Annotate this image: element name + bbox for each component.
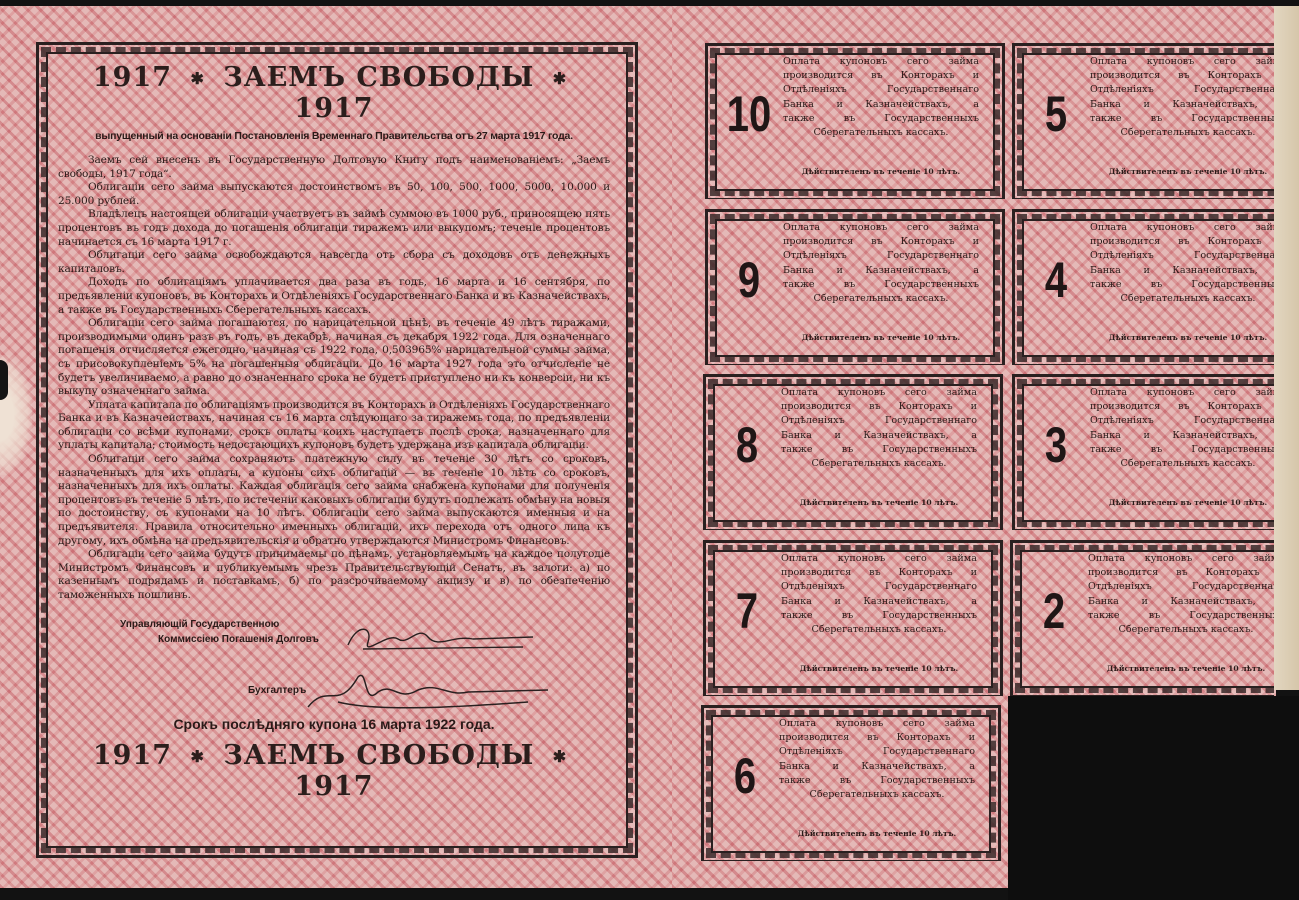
coupon-number: 2 [1030,582,1078,640]
coupon-payment-text: Оплата купоновъ сего займапроизводится в… [1090,55,1274,140]
coupon-text-line: производится въ Конторахъ и [783,235,979,249]
title-year: 1917 [294,93,373,124]
coupon-text-line: Банка и Казначействахъ, а [1090,98,1274,112]
paper-edge-strip [1274,6,1299,690]
coupon[interactable]: 5Оплата купоновъ сего займапроизводится … [1012,43,1274,199]
coupon-text-line: производится въ Конторахъ и [1090,235,1274,249]
coupon-text-line: Сберегательныхъ кассахъ. [1088,623,1274,637]
coupon-payment-text: Оплата купоновъ сего займапроизводится в… [1090,221,1274,306]
coupon[interactable]: 10Оплата купоновъ сего займапроизводится… [705,43,1005,199]
last-coupon-note: Срокъ послѣдняго купона 16 марта 1922 го… [58,716,610,732]
coupon-text-line: производится въ Конторахъ и [779,731,975,745]
paragraph: Облигаціи сего займа будутъ принимаемы п… [58,548,610,602]
coupon-text-line: Оплата купоновъ сего займа [783,221,979,235]
title-year: 1917 [93,740,172,771]
coupon-text-line: Банка и Казначействахъ, а [1090,264,1274,278]
coupon-text-line: также въ Государственныхъ [781,609,977,623]
coupon-number: 4 [1032,251,1080,309]
coupon-text-line: Оплата купоновъ сего займа [1090,221,1274,235]
coupon-payment-text: Оплата купоновъ сего займапроизводится в… [1090,386,1274,471]
coupon-text-line: производится въ Конторахъ и [1090,69,1274,83]
paragraph: Облигаціи сего займа выпускаются достоин… [58,181,610,208]
coupon-text-line: Банка и Казначействахъ, а [783,98,979,112]
coupon-text-line: Банка и Казначействахъ, а [779,760,975,774]
coupon-text-line: Сберегательныхъ кассахъ. [781,457,977,471]
coupon-payment-text: Оплата купоновъ сего займапроизводится в… [783,55,979,140]
paragraph: Владѣлецъ настоящей облигаціи участвуетъ… [58,208,610,249]
coupon-validity: Дѣйствителенъ въ теченіе 10 лѣтъ. [781,498,977,507]
coupon-payment-text: Оплата купоновъ сего займапроизводится в… [1088,552,1274,637]
coupon-text-line: Сберегательныхъ кассахъ. [783,126,979,140]
coupon-payment-text: Оплата купоновъ сего займапроизводится в… [783,221,979,306]
coupon-text-line: Отдѣленіяхъ Государственнаго [1090,83,1274,97]
paragraph: Облигаціи сего займа погашаются, по нари… [58,317,610,399]
coupon-text-line: производится въ Конторахъ и [781,566,977,580]
paragraph: Облигаціи сего займа освобождаются навсе… [58,249,610,276]
coupon-number: 7 [723,582,771,640]
coupon[interactable]: 8Оплата купоновъ сего займапроизводится … [703,374,1003,530]
title-text: ЗАЕМЪ СВОБОДЫ [223,740,534,771]
coupon-text-line: Сберегательныхъ кассахъ. [781,623,977,637]
coupon-number: 3 [1032,416,1080,474]
coupon-text-line: Оплата купоновъ сего займа [781,552,977,566]
coupon[interactable]: 3Оплата купоновъ сего займапроизводится … [1012,374,1274,530]
coupon-payment-text: Оплата купоновъ сего займапроизводится в… [781,386,977,471]
manager-signature-label: Управляющій Государственною Коммиссіею П… [120,617,319,647]
coupon-text-line: Оплата купоновъ сего займа [783,55,979,69]
coupon-payment-text: Оплата купоновъ сего займапроизводится в… [779,717,975,802]
coupon-validity: Дѣйствителенъ въ теченіе 10 лѣтъ. [1090,333,1274,342]
coupon-text-line: Оплата купоновъ сего займа [779,717,975,731]
bond-title-bottom: 1917 ✱ ЗАЕМЪ СВОБОДЫ ✱ 1917 [58,740,610,802]
coupon-text-line: Оплата купоновъ сего займа [781,386,977,400]
manager-signature-icon [343,617,543,657]
coupon[interactable]: 6Оплата купоновъ сего займапроизводится … [701,705,1001,861]
coupon-validity: Дѣйствителенъ въ теченіе 10 лѣтъ. [1088,664,1274,673]
coupon-text-line: Сберегательныхъ кассахъ. [783,292,979,306]
coupon-text-line: Банка и Казначействахъ, а [1090,429,1274,443]
coupon-text-line: Банка и Казначействахъ, а [781,429,977,443]
coupon-text-line: также въ Государственныхъ [1090,278,1274,292]
title-text: ЗАЕМЪ СВОБОДЫ [223,62,534,93]
coupon-text-line: Оплата купоновъ сего займа [1090,386,1274,400]
coupon-text-line: производится въ Конторахъ и [1088,566,1274,580]
coupon[interactable]: 7Оплата купоновъ сего займапроизводится … [703,540,1003,696]
coupon-number: 10 [725,85,773,143]
star-icon: ✱ [553,69,567,88]
coupon-validity: Дѣйствителенъ въ теченіе 10 лѣтъ. [783,333,979,342]
coupon[interactable]: 2Оплата купоновъ сего займапроизводится … [1010,540,1274,696]
coupon-text-line: Отдѣленіяхъ Государственнаго [783,83,979,97]
coupon-text-line: Банка и Казначействахъ, а [781,595,977,609]
coupon-text-line: Отдѣленіяхъ Государственнаго [781,414,977,428]
coupon-text-line: Банка и Казначействахъ, а [1088,595,1274,609]
coupon-text-line: Отдѣленіяхъ Государственнаго [783,249,979,263]
coupon-text-line: производится въ Конторахъ и [1090,400,1274,414]
paragraph: Уплата капитала по облигаціямъ производи… [58,399,610,453]
paragraph: Заемъ сей внесенъ въ Государственную Дол… [58,154,610,181]
coupon-validity: Дѣйствителенъ въ теченіе 10 лѣтъ. [779,829,975,838]
coupon-validity: Дѣйствителенъ въ теченіе 10 лѣтъ. [783,167,979,176]
coupon-payment-text: Оплата купоновъ сего займапроизводится в… [781,552,977,637]
paragraph: Облигаціи сего займа сохраняютъ платежну… [58,453,610,548]
bond-subtitle: выпущенный на основаніи Постановленія Вр… [58,130,610,142]
coupon-text-line: Оплата купоновъ сего займа [1090,55,1274,69]
coupon-number: 8 [723,416,771,474]
coupon-number: 5 [1032,85,1080,143]
coupon-text-line: также въ Государственныхъ [1090,443,1274,457]
coupon-text-line: Отдѣленіяхъ Государственнаго [1088,580,1274,594]
coupon[interactable]: 4Оплата купоновъ сего займапроизводится … [1012,209,1274,365]
coupon-text-line: производится въ Конторахъ и [783,69,979,83]
coupon-text-line: также въ Государственныхъ [781,443,977,457]
coupon-text-line: Сберегательныхъ кассахъ. [1090,126,1274,140]
coupon-text-line: Оплата купоновъ сего займа [1088,552,1274,566]
coupon-text-line: также въ Государственныхъ [783,278,979,292]
coupon-text-line: Сберегательныхъ кассахъ. [779,788,975,802]
coupon-text-line: также въ Государственныхъ [779,774,975,788]
coupon-validity: Дѣйствителенъ въ теченіе 10 лѣтъ. [1090,498,1274,507]
star-icon: ✱ [190,747,204,766]
bond-text-block: 1917 ✱ ЗАЕМЪ СВОБОДЫ ✱ 1917 выпущенный н… [58,58,610,808]
accountant-signature-icon [298,662,558,717]
title-year: 1917 [294,771,373,802]
signature-block: Управляющій Государственною Коммиссіею П… [58,617,610,712]
star-icon: ✱ [553,747,567,766]
coupon-text-line: производится въ Конторахъ и [781,400,977,414]
coupon[interactable]: 9Оплата купоновъ сего займапроизводится … [705,209,1005,365]
coupon-number: 9 [725,251,773,309]
coupon-text-line: Отдѣленіяхъ Государственнаго [1090,414,1274,428]
paper-tear-hole [0,360,8,400]
coupon-number: 6 [721,747,769,805]
coupon-text-line: Сберегательныхъ кассахъ. [1090,292,1274,306]
bond-terms: Заемъ сей внесенъ въ Государственную Дол… [58,154,610,603]
coupon-validity: Дѣйствителенъ въ теченіе 10 лѣтъ. [781,664,977,673]
coupon-text-line: Банка и Казначействахъ, а [783,264,979,278]
bond-title-top: 1917 ✱ ЗАЕМЪ СВОБОДЫ ✱ 1917 [58,62,610,124]
coupon-text-line: Отдѣленіяхъ Государственнаго [779,745,975,759]
paragraph: Доходъ по облигаціямъ уплачивается два р… [58,276,610,317]
coupon-text-line: Сберегательныхъ кассахъ. [1090,457,1274,471]
coupon-text-line: также въ Государственныхъ [1088,609,1274,623]
coupon-text-line: также въ Государственныхъ [783,112,979,126]
star-icon: ✱ [190,69,204,88]
coupon-text-line: Отдѣленіяхъ Государственнаго [781,580,977,594]
coupon-text-line: также въ Государственныхъ [1090,112,1274,126]
title-year: 1917 [93,62,172,93]
coupon-text-line: Отдѣленіяхъ Государственнаго [1090,249,1274,263]
missing-coupon-area [1008,696,1299,900]
coupon-validity: Дѣйствителенъ въ теченіе 10 лѣтъ. [1090,167,1274,176]
